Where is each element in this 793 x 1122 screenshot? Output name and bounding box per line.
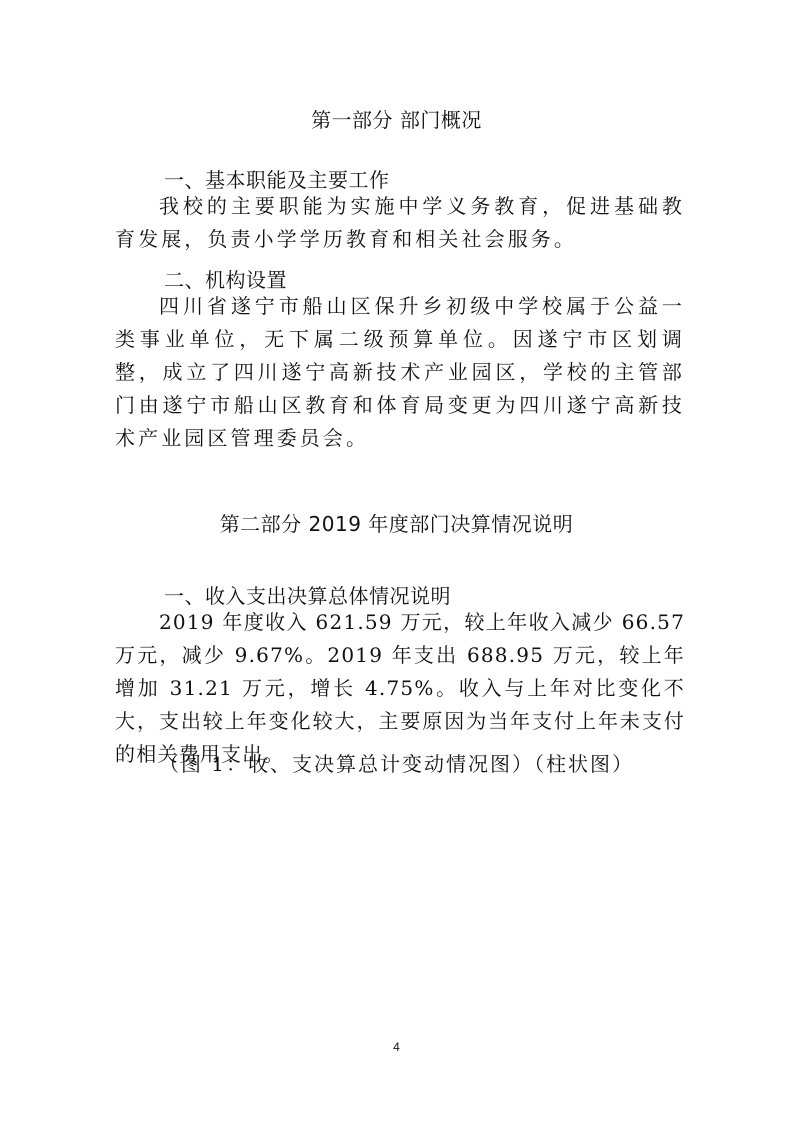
page-number: 4 [0, 1040, 793, 1054]
document-page: 第一部分 部门概况 一、基本职能及主要工作 我校的主要职能为实施中学义务教育，促… [0, 0, 793, 1122]
part1-title: 第一部分 部门概况 [0, 104, 793, 133]
paragraph-income-expenditure: 2019 年度收入 621.59 万元，较上年收入减少 66.57 万元，减少 … [115, 606, 685, 771]
part2-title: 第二部分 2019 年度部门决算情况说明 [0, 508, 793, 537]
paragraph-basic-functions: 我校的主要职能为实施中学义务教育，促进基础教育发展，负责小学学历教育和相关社会服… [115, 190, 685, 256]
section-heading-basic-functions: 一、基本职能及主要工作 [164, 164, 390, 193]
section-heading-income-expenditure: 一、收入支出决算总体情况说明 [164, 580, 451, 609]
section-heading-organization: 二、机构设置 [164, 264, 287, 293]
figure-caption: （图 1：收、支决算总计变动情况图）（柱状图） [0, 748, 793, 777]
paragraph-organization: 四川省遂宁市船山区保升乡初级中学校属于公益一类事业单位，无下属二级预算单位。因遂… [115, 290, 685, 455]
